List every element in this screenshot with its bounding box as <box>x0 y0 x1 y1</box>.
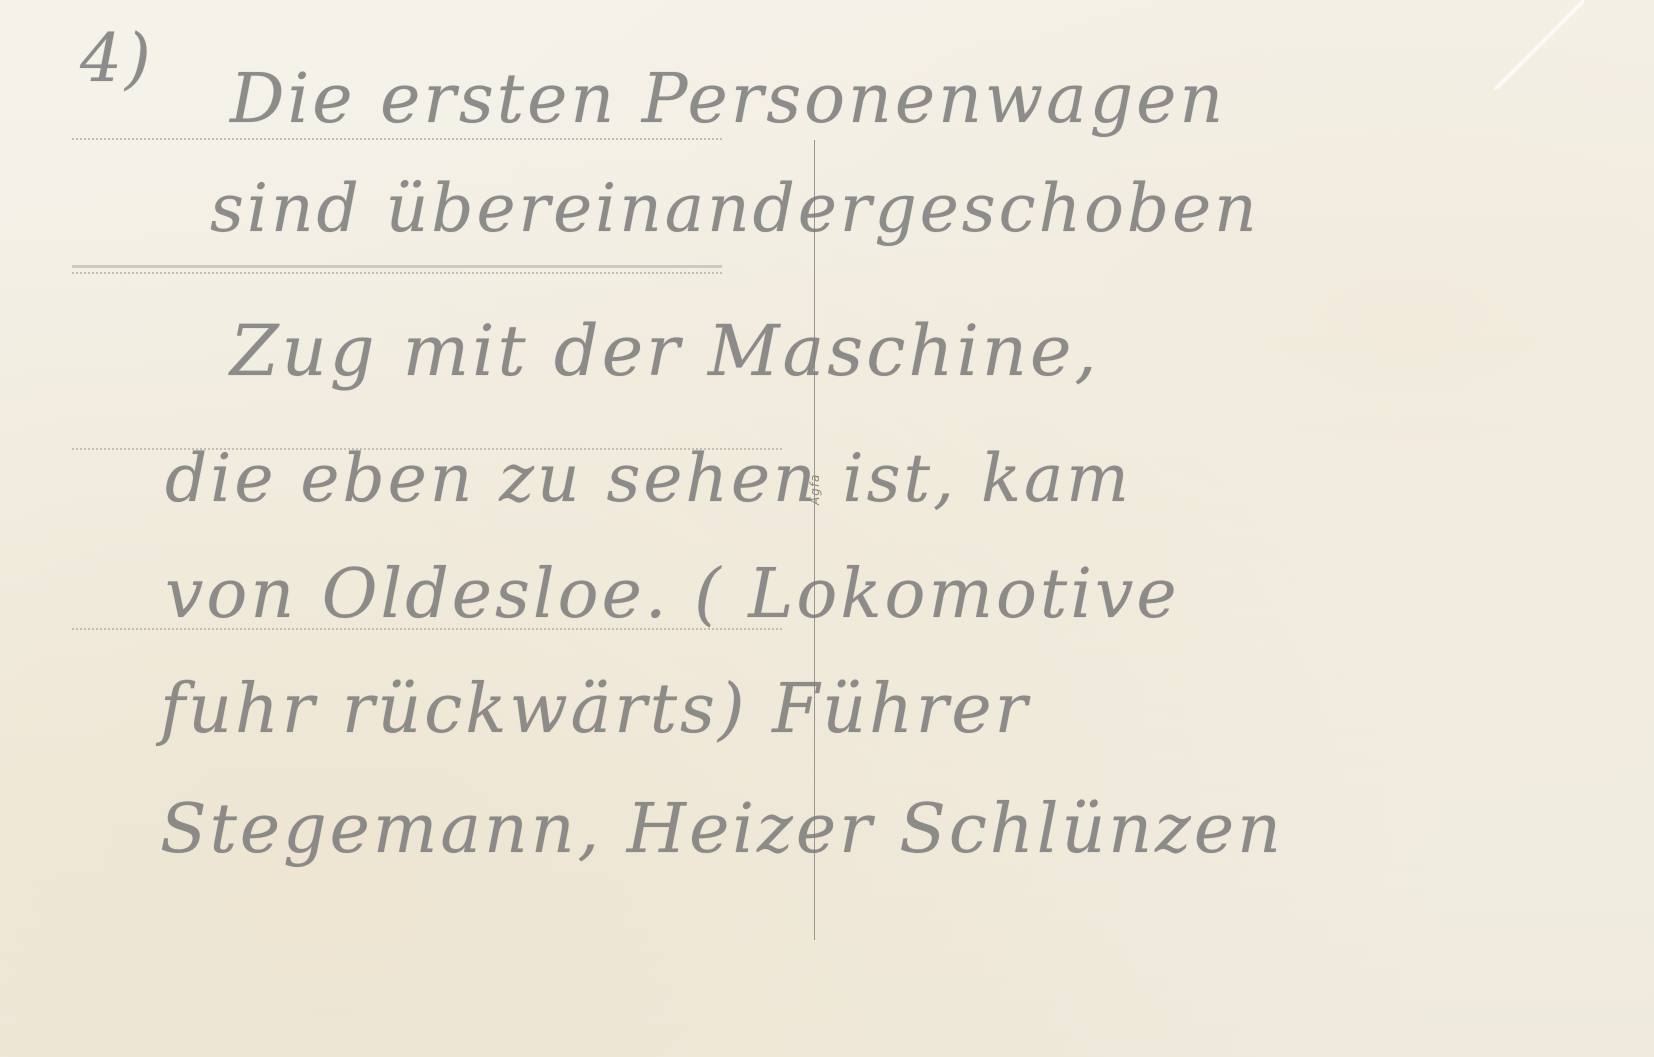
handwritten-line-6: fuhr rückwärts) Führer <box>160 670 1030 749</box>
handwritten-line-2: sind übereinandergeschoben <box>210 170 1260 247</box>
printed-solid-line <box>72 265 722 268</box>
handwritten-line-5: von Oldesloe. ( Lokomotive <box>165 555 1180 634</box>
handwritten-line-3: Zug mit der Maschine, <box>230 310 1100 392</box>
handwritten-line-7: Stegemann, Heizer Schlünzen <box>160 790 1284 869</box>
printed-dotted-line <box>72 272 722 274</box>
handwritten-line-1: Die ersten Personenwagen <box>230 60 1226 139</box>
item-number: 4) <box>80 20 154 97</box>
postcard-back: Agfa 4) Die ersten Personenwagen sind üb… <box>0 0 1654 1057</box>
handwritten-line-4: die eben zu sehen ist, kam <box>165 440 1132 517</box>
corner-crease <box>1494 0 1584 90</box>
